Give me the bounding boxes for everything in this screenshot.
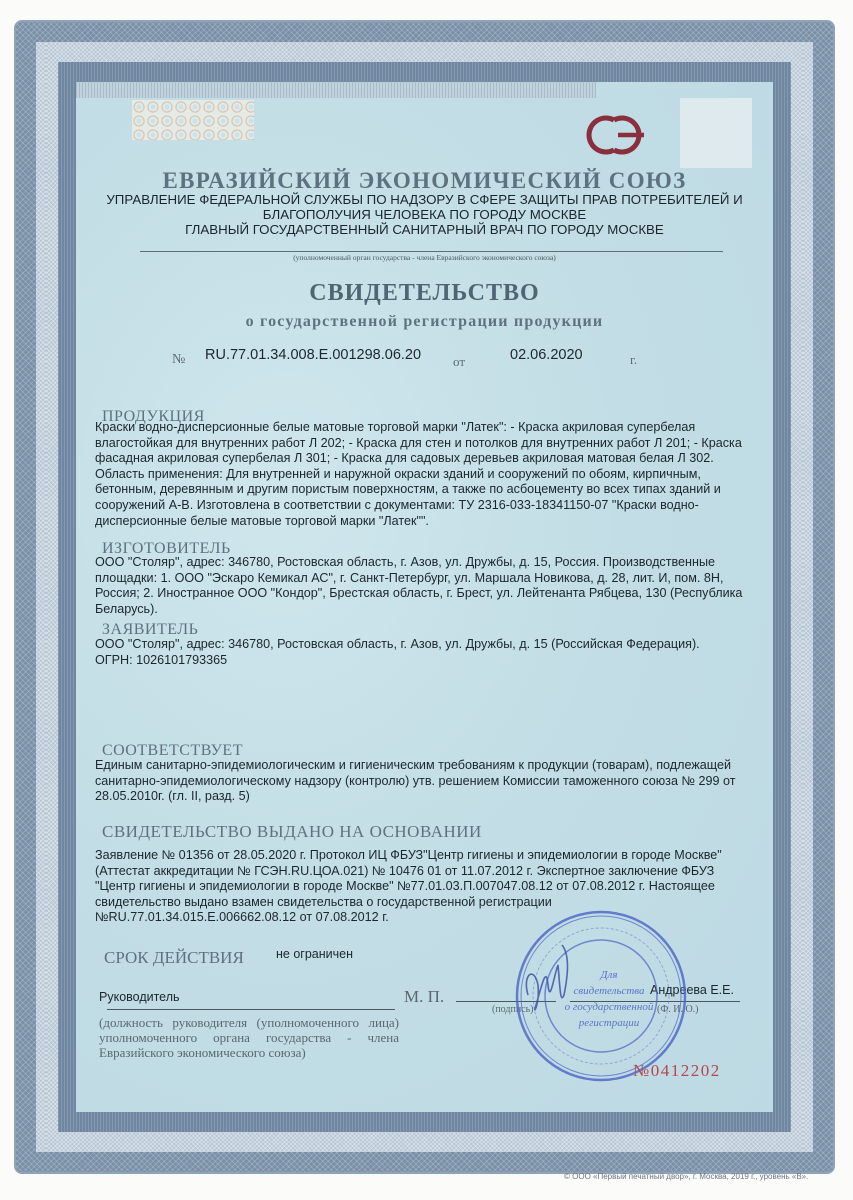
position-caption: (должность руководителя (уполномоченного… — [99, 1015, 399, 1060]
printer-credit: © ООО «Первый печатный двор», г. Москва,… — [564, 1172, 808, 1181]
security-hologram-icon — [132, 100, 254, 140]
agency-line: УПРАВЛЕНИЕ ФЕДЕРАЛЬНОЙ СЛУЖБЫ ПО НАДЗОРУ… — [76, 192, 773, 207]
validity-label: СРОК ДЕЙСТВИЯ — [104, 948, 244, 968]
registration-date: 02.06.2020 — [510, 347, 583, 363]
number-sign: № — [172, 352, 185, 368]
union-title: ЕВРАЗИЙСКИЙ ЭКОНОМИЧЕСКИЙ СОЮЗ — [76, 168, 773, 194]
from-label: от — [453, 354, 465, 370]
certificate-title: СВИДЕТЕЛЬСТВО — [76, 280, 773, 307]
section-applicant-text: ООО "Столяр", адрес: 346780, Ростовская … — [95, 637, 755, 653]
decorative-top-strip — [76, 82, 596, 98]
agency-line: БЛАГОПОЛУЧИЯ ЧЕЛОВЕКА ПО ГОРОДУ МОСКВЕ — [76, 207, 773, 222]
section-basis-label: СВИДЕТЕЛЬСТВО ВЫДАНО НА ОСНОВАНИИ — [102, 822, 482, 842]
year-suffix: г. — [630, 352, 637, 368]
agency-line: ГЛАВНЫЙ ГОСУДАРСТВЕННЫЙ САНИТАРНЫЙ ВРАЧ … — [76, 222, 773, 237]
position-line — [107, 1009, 395, 1010]
section-conforms-text: Единым санитарно-эпидемиологическим и ги… — [95, 758, 755, 805]
section-manufacturer-text: ООО "Столяр", адрес: 346780, Ростовская … — [95, 555, 755, 617]
validity-value: не ограничен — [276, 947, 353, 961]
section-applicant-body: ООО "Столяр", адрес: 346780, Ростовская … — [95, 637, 755, 668]
stamp-line: Для — [600, 969, 618, 981]
section-product-text: Краски водно-дисперсионные белые матовые… — [95, 420, 755, 529]
head-label: Руководитель — [99, 990, 180, 1004]
se-conformity-mark-icon — [584, 112, 658, 158]
handwritten-signature-icon — [520, 935, 580, 1025]
registration-number: RU.77.01.34.008.E.001298.06.20 — [205, 347, 421, 363]
applicant-ogrn: ОГРН: 1026101793365 — [95, 653, 755, 669]
stamp-line: свидетельства — [574, 985, 645, 997]
header-divider — [140, 251, 723, 252]
seal-label: М. П. — [404, 987, 444, 1007]
stamp-line: регистрации — [578, 1017, 640, 1029]
certificate-subtitle: о государственной регистрации продукции — [76, 313, 773, 331]
authority-caption: (уполномоченный орган государства - член… — [76, 253, 773, 262]
blank-security-area — [680, 98, 752, 168]
form-serial-number: №0412202 — [633, 1061, 721, 1081]
issuing-agency: УПРАВЛЕНИЕ ФЕДЕРАЛЬНОЙ СЛУЖБЫ ПО НАДЗОРУ… — [76, 192, 773, 237]
